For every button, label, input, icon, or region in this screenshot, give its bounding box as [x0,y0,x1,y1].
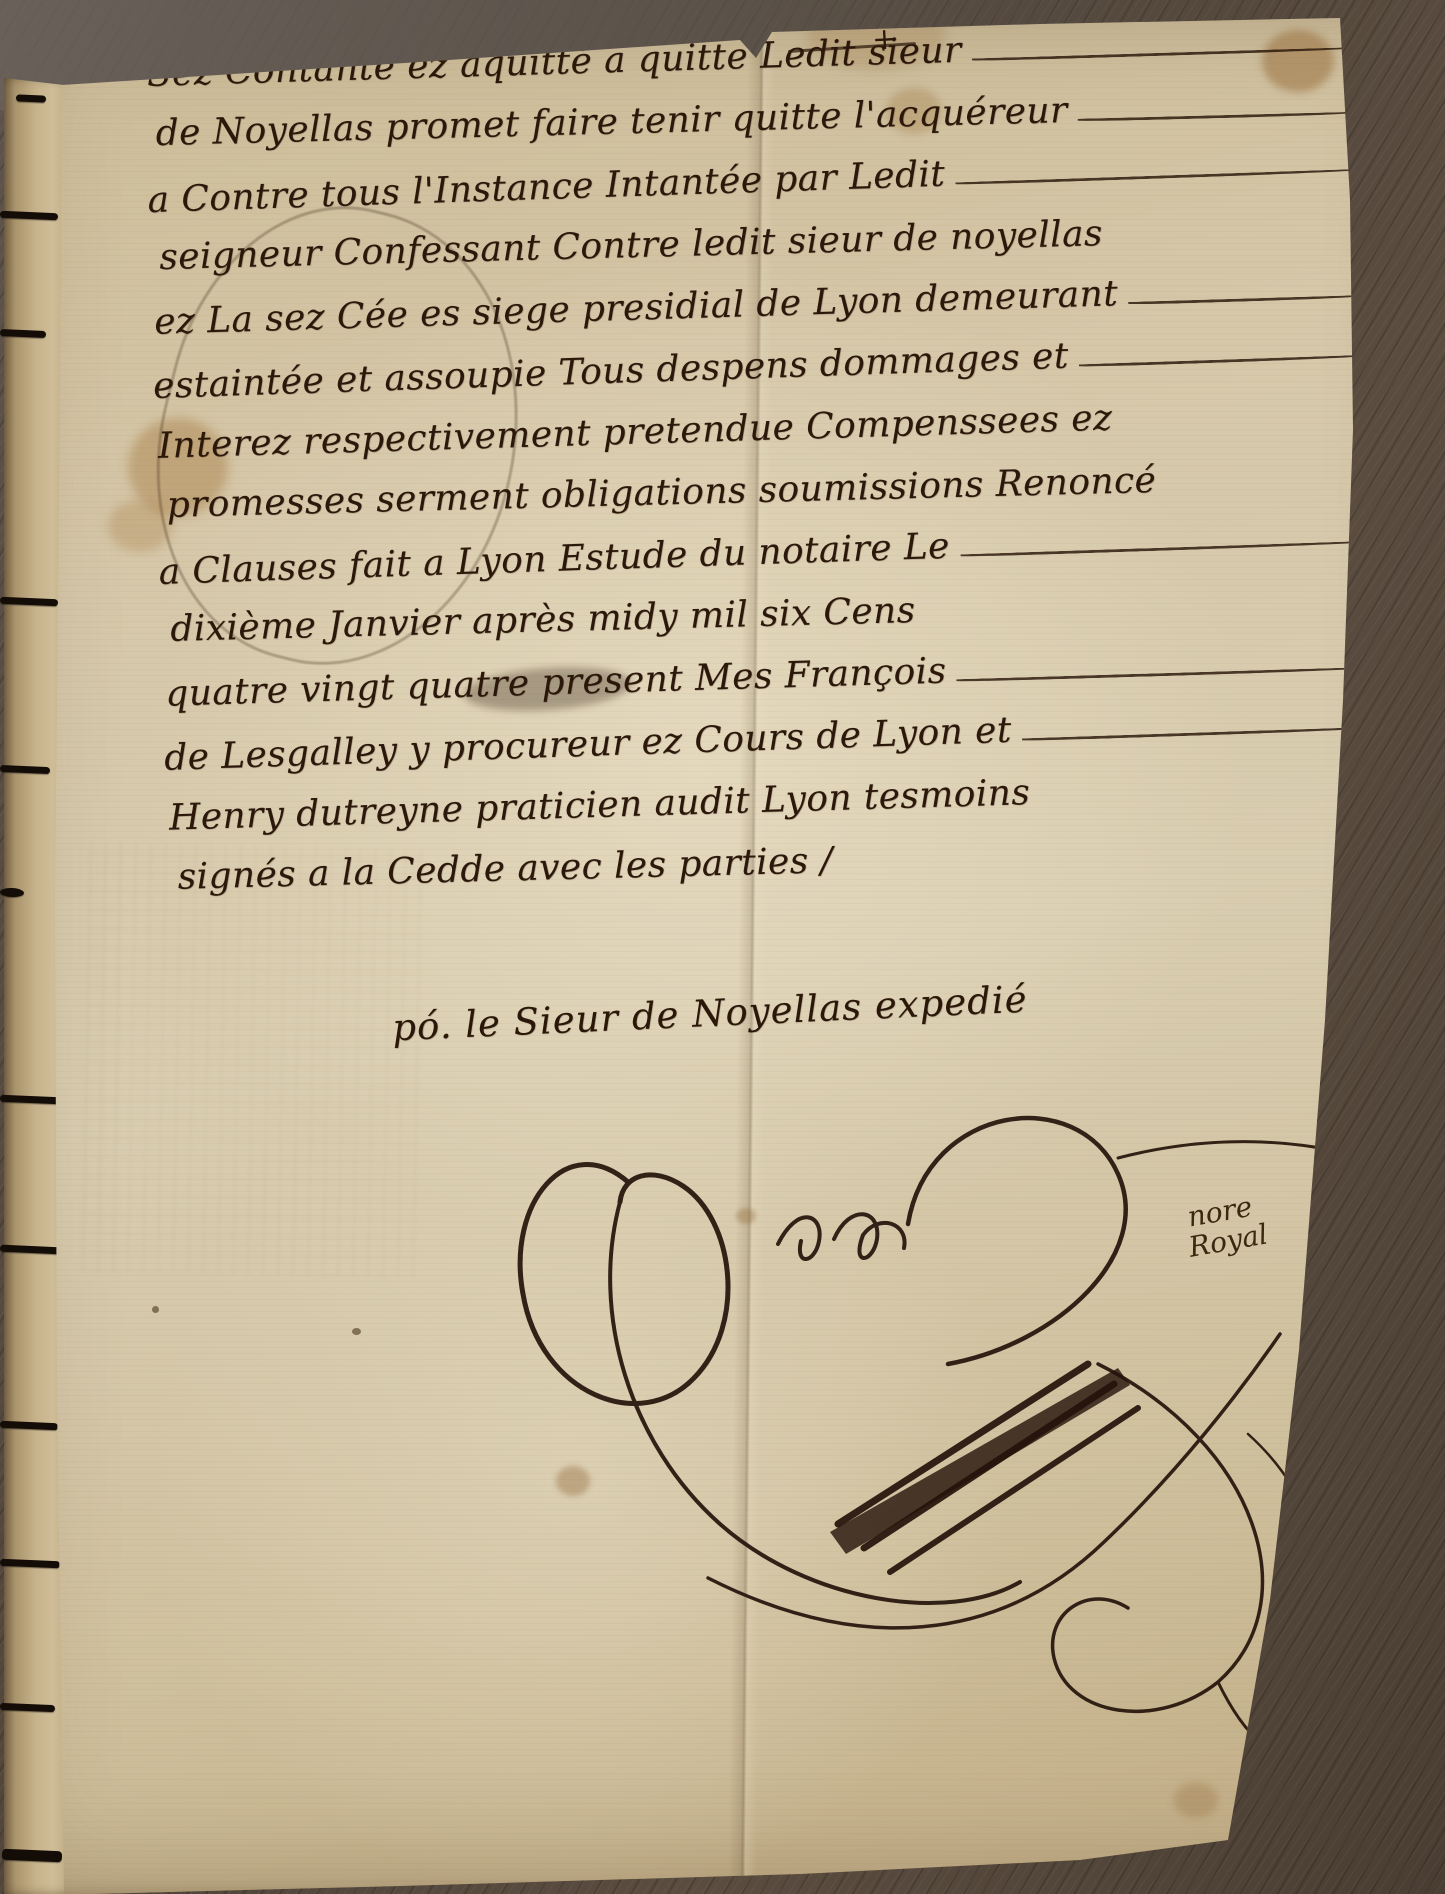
manuscript-page: + Sez Contante ez aquitté a quitte Ledit… [0,0,1445,1894]
line-filler-stroke [972,47,1351,61]
line-filler-stroke [1022,727,1371,742]
ink-speck [352,1328,361,1335]
line-filler-stroke [1128,295,1358,305]
line-filler-stroke [960,541,1365,557]
line-filler-stroke [1078,112,1353,122]
binding-stitch [16,94,46,102]
line-filler-stroke [957,667,1370,682]
notaire-royal-annotation: nore Royal [1185,1190,1270,1262]
ink-speck [152,1306,159,1313]
notary-signature-flourish [478,1062,1358,1792]
line-filler-stroke [1079,355,1360,367]
line-filler-stroke [955,169,1354,185]
manuscript-text-block: Sez Contante ez aquitté a quitte Ledit s… [146,8,1379,911]
